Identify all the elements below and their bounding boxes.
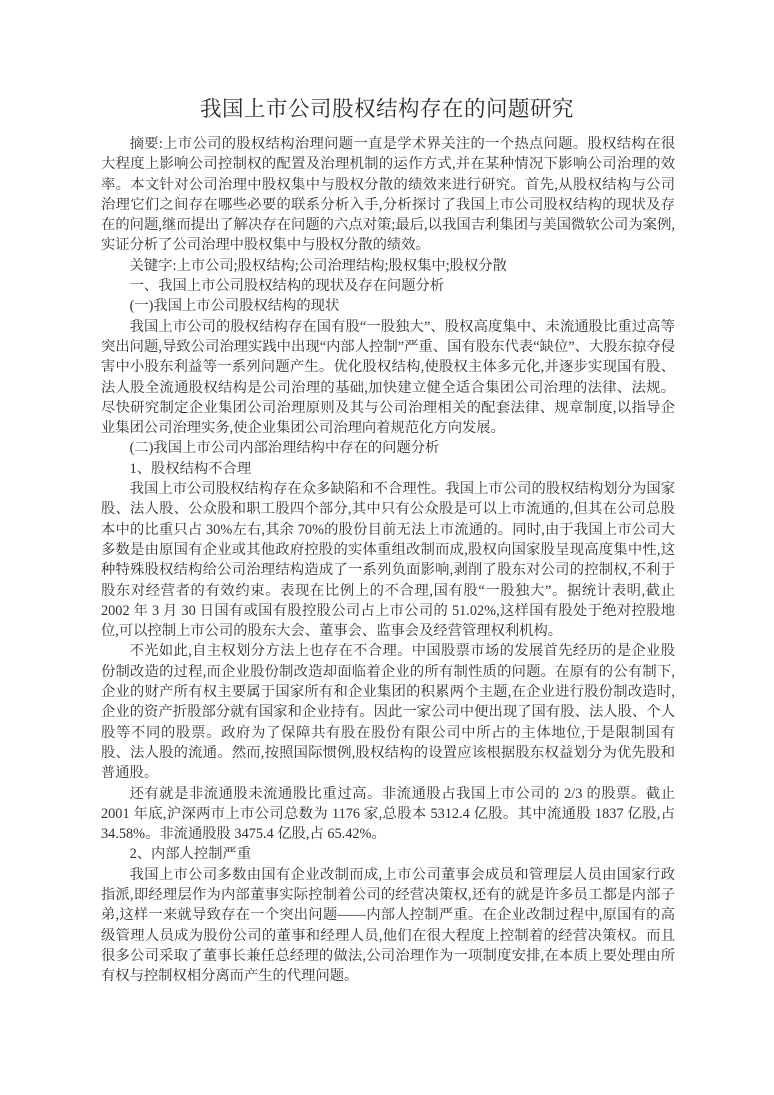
heading-subsection-1-2: (二)我国上市公司内部治理结构中存在的问题分析 [101, 438, 675, 458]
paragraph-unreasonable-b: 不光如此,自主权划分方法上也存在不合理。中国股票市场的发展首先经历的是企业股份制… [101, 641, 675, 783]
heading-subsection-1-1: (一)我国上市公司股权结构的现状 [101, 296, 675, 316]
document-page: 我国上市公司股权结构存在的问题研究 摘要:上市公司的股权结构治理问题一直是学术界… [0, 0, 774, 1095]
paragraph-insider-control: 我国上市公司多数由国有企业改制而成,上市公司董事会成员和管理层人员由国家行政指派… [101, 865, 675, 987]
paragraph-nontradable: 还有就是非流通股未流通股比重过高。非流通股占我国上市公司的 2/3 的股票。截止… [101, 784, 675, 845]
heading-point-1: 1、股权结构不合理 [101, 459, 675, 479]
paragraph-status-quo: 我国上市公司的股权结构存在国有股“一股独大”、股权高度集中、未流通股比重过高等突… [101, 317, 675, 439]
abstract-paragraph: 摘要:上市公司的股权结构治理问题一直是学术界关注的一个热点问题。股权结构在很大程… [101, 134, 675, 256]
paragraph-unreasonable-a: 我国上市公司股权结构存在众多缺陷和不合理性。我国上市公司的股权结构划分为国家股、… [101, 479, 675, 641]
document-title: 我国上市公司股权结构存在的问题研究 [0, 96, 774, 123]
keywords-line: 关键字:上市公司;股权结构;公司治理结构;股权集中;股权分散 [101, 256, 675, 276]
heading-section-1: 一、我国上市公司股权结构的现状及存在问题分析 [101, 276, 675, 296]
heading-point-2: 2、内部人控制严重 [101, 844, 675, 864]
document-body: 摘要:上市公司的股权结构治理问题一直是学术界关注的一个热点问题。股权结构在很大程… [101, 134, 675, 986]
